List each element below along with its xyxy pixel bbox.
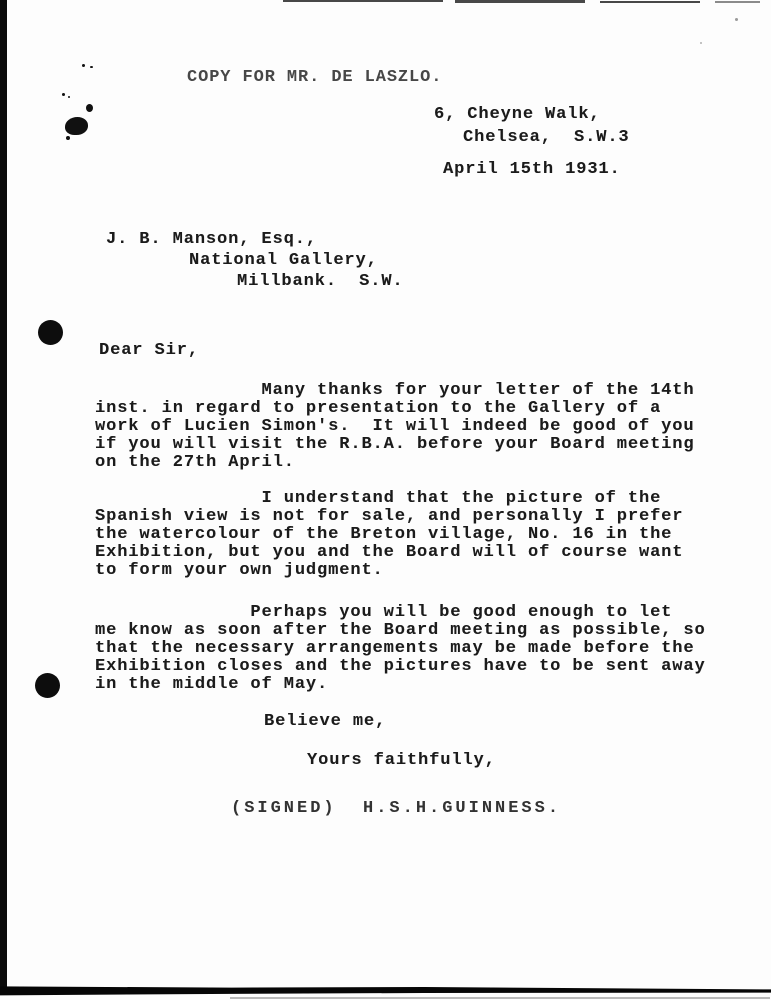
- scan-edge-left: [0, 0, 7, 993]
- ink-speck: [735, 18, 738, 21]
- scan-edge-bottom: [0, 984, 771, 996]
- ink-blot: [65, 117, 88, 135]
- sender-address-line2: Chelsea, S.W.3: [463, 129, 630, 147]
- copy-annotation-line: COPY FOR MR. DE LASZLO.: [187, 69, 442, 87]
- recipient-address-line1: National Gallery,: [189, 252, 378, 270]
- recipient-name-line: J. B. Manson, Esq.,: [106, 231, 317, 249]
- scan-edge-bottom-gray: [230, 997, 770, 999]
- recipient-address-line2: Millbank. S.W.: [237, 273, 404, 291]
- date-line: April 15th 1931.: [443, 161, 621, 179]
- body-paragraph-2: I understand that the picture of the Spa…: [95, 490, 683, 580]
- salutation: Dear Sir,: [99, 342, 199, 360]
- ink-speck: [700, 42, 702, 44]
- scan-edge-top-dash: [600, 1, 700, 3]
- scan-edge-top-dash: [715, 1, 760, 3]
- closing-line-1: Believe me,: [264, 713, 386, 731]
- ink-speck: [82, 64, 85, 67]
- ink-speck: [90, 66, 93, 68]
- scanned-letter-page: COPY FOR MR. DE LASZLO. 6, Cheyne Walk, …: [0, 0, 771, 1000]
- body-paragraph-1: Many thanks for your letter of the 14th …: [95, 382, 695, 472]
- signature-line: (SIGNED) H.S.H.GUINNESS.: [231, 800, 561, 818]
- sender-address-line1: 6, Cheyne Walk,: [434, 106, 601, 124]
- scan-edge-top-dash: [455, 0, 585, 3]
- punch-hole: [35, 673, 60, 698]
- punch-hole: [38, 320, 63, 345]
- closing-line-2: Yours faithfully,: [307, 752, 496, 770]
- ink-speck: [86, 104, 93, 112]
- body-paragraph-3: Perhaps you will be good enough to let m…: [95, 604, 706, 694]
- ink-speck: [62, 93, 65, 96]
- scan-edge-top-dash: [283, 0, 443, 2]
- ink-speck: [66, 136, 70, 140]
- ink-speck: [68, 96, 70, 98]
